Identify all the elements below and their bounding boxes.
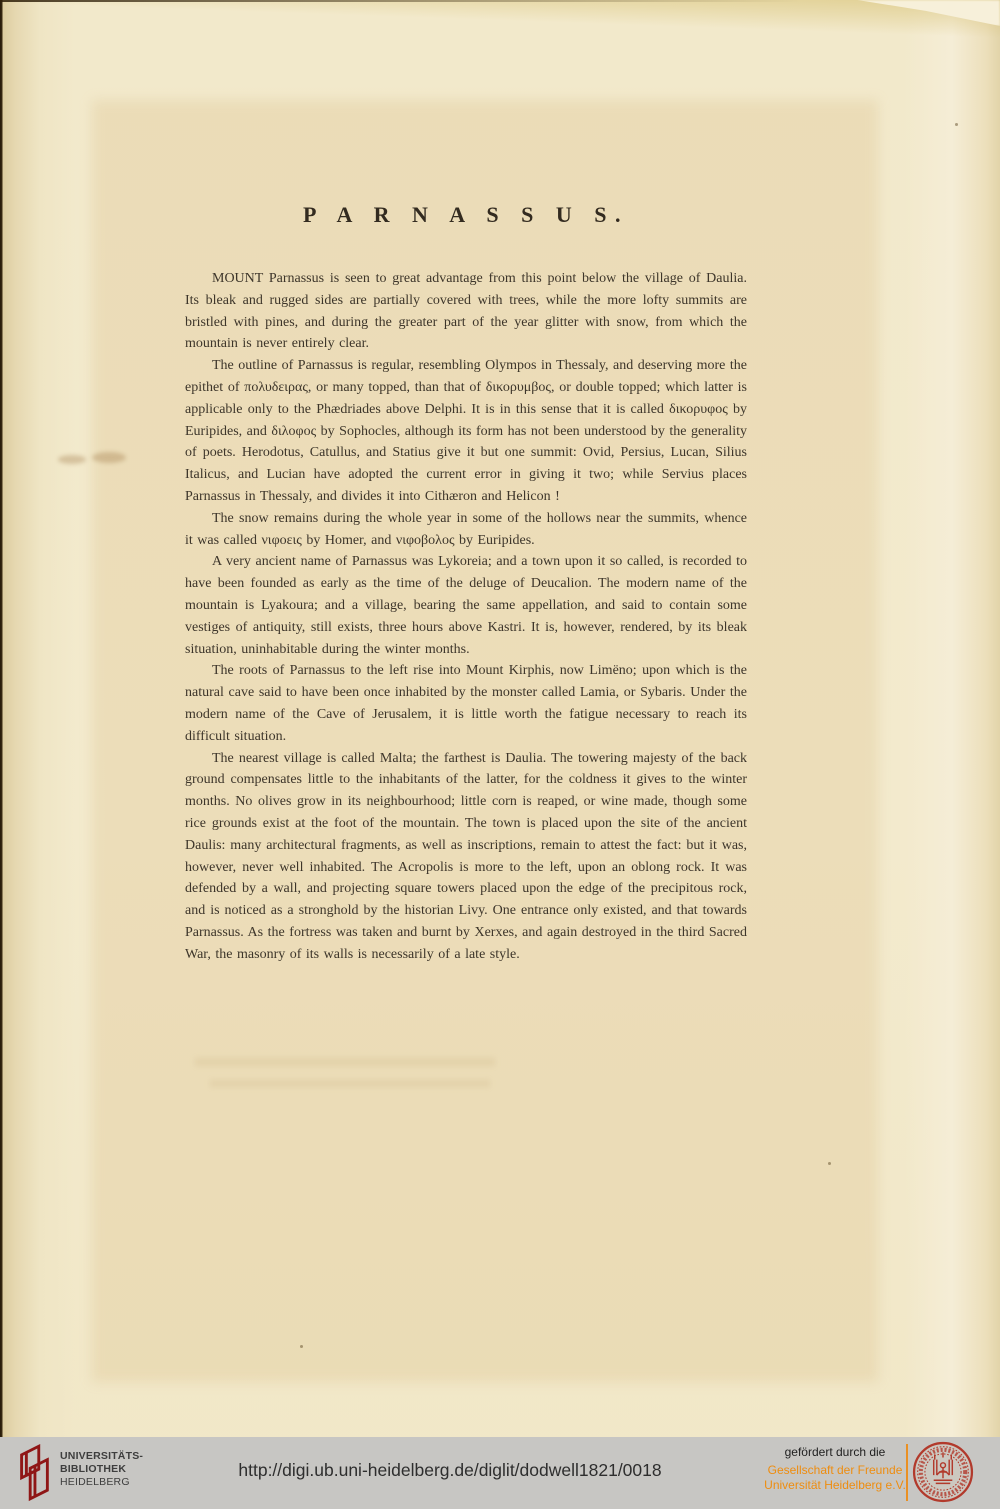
scan-top-edge: [0, 0, 1000, 2]
ink-smudge: [58, 455, 86, 464]
body-text: MOUNT Parnassus is seen to great advanta…: [185, 268, 747, 966]
body-paragraph-4: A very ancient name of Parnassus was Lyk…: [185, 551, 747, 660]
logo-line-1: UNIVERSITÄTS-: [60, 1450, 143, 1463]
funding-organization-line2: Universität Heidelberg e.V.: [760, 1478, 910, 1493]
funding-organization-line1: Gesellschaft der Freunde: [760, 1463, 910, 1478]
body-paragraph-5: The roots of Parnassus to the left rise …: [185, 660, 747, 747]
footer-separator: [906, 1444, 908, 1501]
logo-line-2: BIBLIOTHEK: [60, 1463, 143, 1476]
ub-heidelberg-logo-icon: [13, 1443, 55, 1503]
paper-speck: [955, 123, 958, 126]
body-paragraph-6: The nearest village is called Malta; the…: [185, 748, 747, 966]
verso-text-showthrough: [195, 1058, 495, 1066]
body-paragraph-2: The outline of Parnassus is regular, res…: [185, 355, 747, 508]
logo-line-3: HEIDELBERG: [60, 1476, 143, 1489]
ub-logo-text: UNIVERSITÄTS- BIBLIOTHEK HEIDELBERG: [60, 1450, 143, 1489]
page-title: P A R N A S S U S.: [185, 202, 747, 228]
paper-speck: [828, 1162, 831, 1165]
document-url: http://digi.ub.uni-heidelberg.de/diglit/…: [238, 1460, 661, 1481]
body-paragraph-1: MOUNT Parnassus is seen to great advanta…: [185, 268, 747, 355]
paper-speck: [300, 1345, 303, 1348]
university-seal-icon: [912, 1441, 974, 1503]
ink-smudge: [92, 452, 126, 463]
body-paragraph-3: The snow remains during the whole year i…: [185, 508, 747, 552]
funding-note: gefördert durch die Gesellschaft der Fre…: [760, 1445, 910, 1493]
scanned-book-page: P A R N A S S U S. MOUNT Parnassus is se…: [0, 0, 1000, 1509]
funding-label: gefördert durch die: [760, 1445, 910, 1459]
verso-text-showthrough: [210, 1080, 490, 1087]
footer-bar: UNIVERSITÄTS- BIBLIOTHEK HEIDELBERG http…: [0, 1437, 1000, 1509]
